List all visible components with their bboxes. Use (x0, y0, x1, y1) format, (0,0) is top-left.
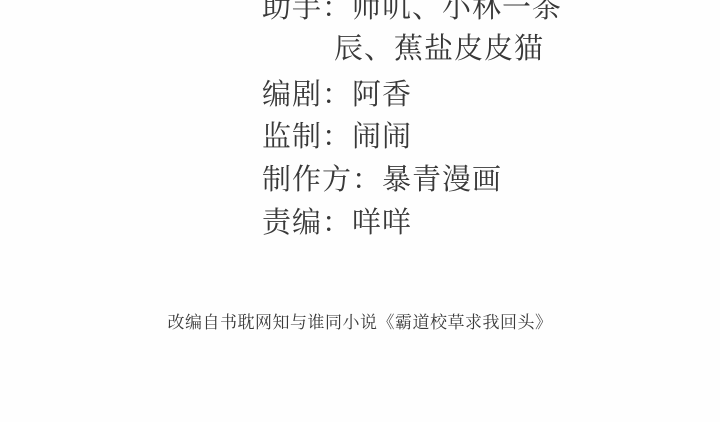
credit-line-screenwriter: 编剧：阿香 (262, 81, 412, 110)
credit-line-assistants-continued: 辰、蕉盐皮皮猫 (334, 35, 544, 64)
comic-credits-page: 助手：师叽、小林一茶 辰、蕉盐皮皮猫 编剧：阿香 监制：闹闹 制作方：暴青漫画 … (0, 0, 720, 422)
credit-line-editor: 责编：咩咩 (262, 209, 412, 238)
credit-line-supervisor: 监制：闹闹 (262, 123, 412, 152)
adaptation-source-note: 改编自书耽网知与谁同小说《霸道校草求我回头》 (0, 313, 720, 333)
credit-line-producer: 制作方：暴青漫画 (262, 166, 502, 195)
credit-line-assistants: 助手：师叽、小林一茶 (262, 0, 562, 23)
